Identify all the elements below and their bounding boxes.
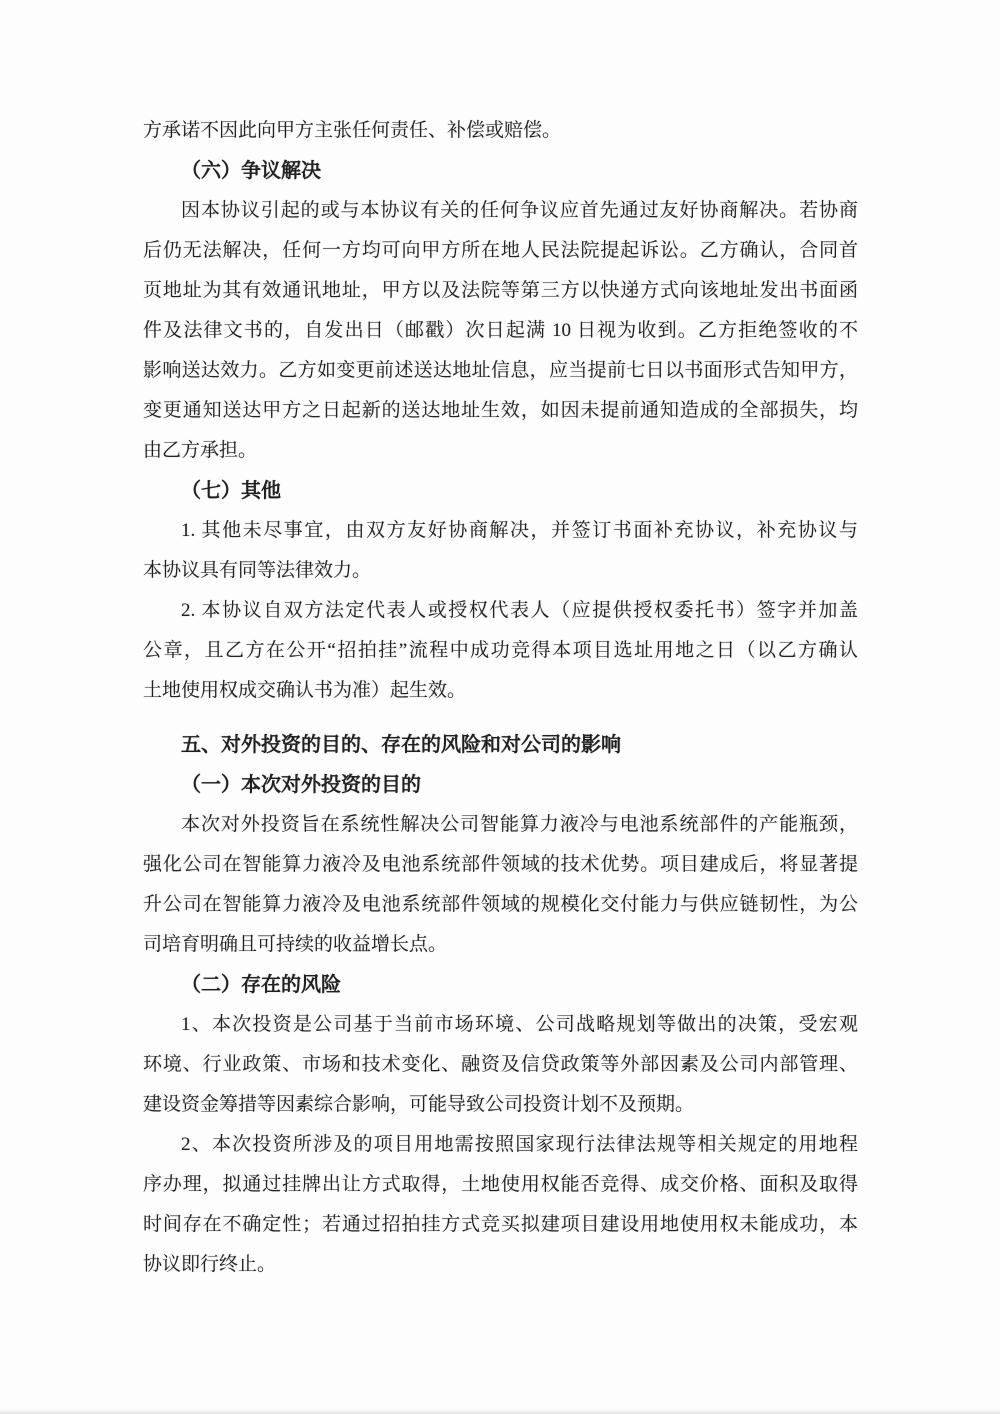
paragraph: 2、本次投资所涉及的项目用地需按照国家现行法律法规等相关规定的用地程序办理，拟通… [143,1125,858,1285]
section-heading-text: （一）本次对外投资的目的 [143,765,858,805]
text-line: 序办理，拟通过挂牌出让方式取得，土地使用权能否竞得、成交价格、面积及取得 [143,1165,858,1205]
text-line: 1. 其他未尽事宜，由双方友好协商解决，并签订书面补充协议，补充协议与 [143,511,858,551]
text-line: 协议即行终止。 [143,1245,858,1285]
text-line: 2. 本协议自双方法定代表人或授权代表人（应提供授权委托书）签字并加盖 [143,591,858,631]
text-line: 因本协议引起的或与本协议有关的任何争议应首先通过友好协商解决。若协商 [143,191,858,231]
text-line: 建设资金筹措等因素综合影响，可能导致公司投资计划不及预期。 [143,1085,858,1125]
text-line: 由乙方承担。 [143,431,858,471]
paragraph: 2. 本协议自双方法定代表人或授权代表人（应提供授权委托书）签字并加盖公章，且乙… [143,591,858,711]
text-line: 司培育明确且可持续的收益增长点。 [143,925,858,965]
text-line: 公章，且乙方在公开“招拍挂”流程中成功竞得本项目选址用地之日（以乙方确认 [143,631,858,671]
text-line: 方承诺不因此向甲方主张任何责任、补偿或赔偿。 [143,111,858,151]
text-line: 件及法律文书的，自发出日（邮戳）次日起满 10 日视为收到。乙方拒绝签收的不 [143,311,858,351]
section-heading: （一）本次对外投资的目的 [143,765,858,805]
section-heading-text: （七）其他 [143,471,858,511]
section-heading-text: （六）争议解决 [143,151,858,191]
text-line: 本次对外投资旨在系统性解决公司智能算力液冷与电池系统部件的产能瓶颈， [143,805,858,845]
text-line: 强化公司在智能算力液冷及电池系统部件领域的技术优势。项目建成后，将显著提 [143,845,858,885]
chapter-heading-text: 五、对外投资的目的、存在的风险和对公司的影响 [143,725,858,765]
text-line: 2、本次投资所涉及的项目用地需按照国家现行法律法规等相关规定的用地程 [143,1125,858,1165]
paragraph: 因本协议引起的或与本协议有关的任何争议应首先通过友好协商解决。若协商后仍无法解决… [143,191,858,471]
text-line: 1、本次投资是公司基于当前市场环境、公司战略规划等做出的决策，受宏观 [143,1005,858,1045]
document-page: 方承诺不因此向甲方主张任何责任、补偿或赔偿。（六）争议解决因本协议引起的或与本协… [0,0,1000,1414]
text-line: 土地使用权成交确认书为准）起生效。 [143,671,858,711]
text-line: 升公司在智能算力液冷及电池系统部件领域的规模化交付能力与供应链韧性，为公 [143,885,858,925]
text-line: 后仍无法解决，任何一方均可向甲方所在地人民法院提起诉讼。乙方确认，合同首 [143,231,858,271]
section-heading: （七）其他 [143,471,858,511]
paragraph: 本次对外投资旨在系统性解决公司智能算力液冷与电池系统部件的产能瓶颈，强化公司在智… [143,805,858,965]
chapter-heading: 五、对外投资的目的、存在的风险和对公司的影响 [143,725,858,765]
section-heading: （二）存在的风险 [143,965,858,1005]
scan-bottom-edge [0,1409,1000,1414]
paragraph: 1. 其他未尽事宜，由双方友好协商解决，并签订书面补充协议，补充协议与本协议具有… [143,511,858,591]
text-line: 页地址为其有效通讯地址，甲方以及法院等第三方以快递方式向该地址发出书面函 [143,271,858,311]
text-line: 时间存在不确定性；若通过招拍挂方式竞买拟建项目建设用地使用权未能成功，本 [143,1205,858,1245]
text-column: 方承诺不因此向甲方主张任何责任、补偿或赔偿。（六）争议解决因本协议引起的或与本协… [143,111,858,1285]
section-heading: （六）争议解决 [143,151,858,191]
text-line: 环境、行业政策、市场和技术变化、融资及信贷政策等外部因素及公司内部管理、 [143,1045,858,1085]
text-line: 影响送达效力。乙方如变更前述送达地址信息，应当提前七日以书面形式告知甲方， [143,351,858,391]
text-line: 本协议具有同等法律效力。 [143,551,858,591]
text-line: 变更通知送达甲方之日起新的送达地址生效，如因未提前通知造成的全部损失，均 [143,391,858,431]
section-heading-text: （二）存在的风险 [143,965,858,1005]
paragraph: 方承诺不因此向甲方主张任何责任、补偿或赔偿。 [143,111,858,151]
paragraph: 1、本次投资是公司基于当前市场环境、公司战略规划等做出的决策，受宏观环境、行业政… [143,1005,858,1125]
